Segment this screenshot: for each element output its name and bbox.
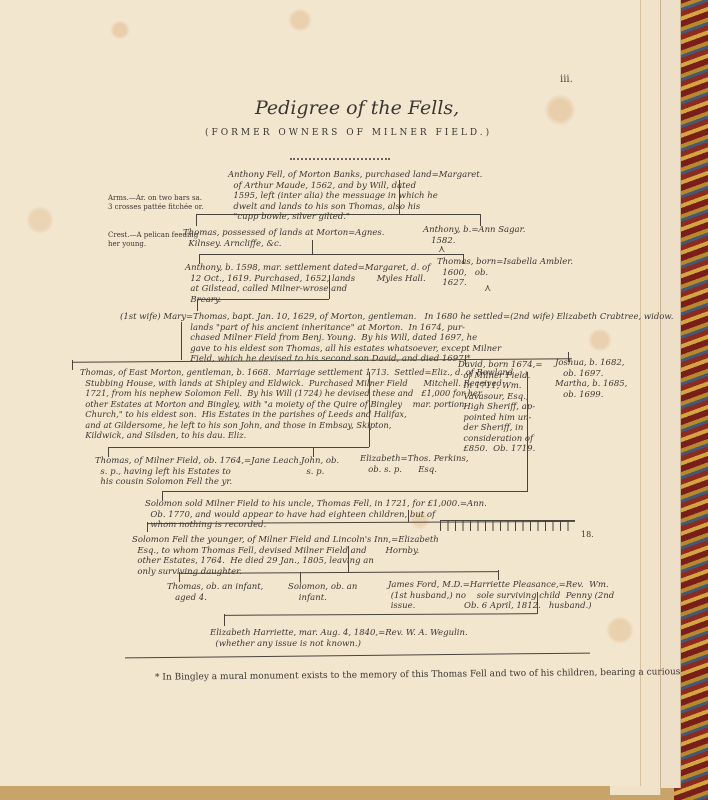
connector xyxy=(197,299,198,311)
connector xyxy=(369,372,370,447)
entry-harriette-pleasance: James Ford, M.D.=Harriette Pleasance,=Re… xyxy=(388,580,614,612)
connector xyxy=(147,522,148,532)
connector xyxy=(348,546,349,572)
connector xyxy=(498,570,499,580)
entry-john: John, ob. s. p. xyxy=(301,456,339,477)
connector xyxy=(196,214,197,226)
connector xyxy=(300,572,301,582)
connector xyxy=(537,592,538,614)
connector xyxy=(224,614,225,626)
arms-description: Arms.—Ar. on two bars sa. 3 crosses patt… xyxy=(108,177,204,265)
ornamental-rule xyxy=(290,154,390,160)
document-page: iii. Pedigree of the Fells, (FORMER OWNE… xyxy=(0,0,641,786)
footnote-rule xyxy=(125,653,590,659)
entry-joshua-martha: Joshua, b. 1682, ob. 1697. Martha, b. 16… xyxy=(555,358,627,400)
entry-thomas-milner-field: Thomas, of Milner Field, ob. 1764,=Jane … xyxy=(95,456,302,488)
connector xyxy=(527,372,528,492)
entry-thomas-1629: (1st wife) Mary=Thomas, bapt. Jan. 10, 1… xyxy=(120,312,673,365)
connector xyxy=(162,491,527,492)
connector xyxy=(329,275,330,299)
connector xyxy=(197,299,329,300)
connector xyxy=(312,240,313,254)
entry-thomas-infant: Thomas, ob. an infant, aged 4. xyxy=(167,582,263,603)
entry-solomon-younger: Solomon Fell the younger, of Milner Fiel… xyxy=(132,535,439,577)
connector xyxy=(179,572,180,582)
entry-anthony-1582: Anthony, b.=Ann Sagar. 1582. xyxy=(423,225,525,246)
entry-thomas-morton: Thomas, possessed of lands at Morton=Agn… xyxy=(183,228,384,249)
descent-mark-icon: ⋏ xyxy=(484,283,491,294)
connector xyxy=(399,180,400,214)
children-count: 18. xyxy=(581,530,594,539)
entry-thomas-east-morton: Thomas, of East Morton, gentleman, b. 16… xyxy=(80,367,513,441)
entry-elizabeth-perkins: Elizabeth=Thos. Perkins, ob. s. p. Esq. xyxy=(360,454,469,475)
connector xyxy=(72,360,73,370)
page-title: Pedigree of the Fells, xyxy=(255,97,459,119)
page-subtitle: (FORMER OWNERS OF MILNER FIELD.) xyxy=(205,128,492,138)
entry-thomas-1600: Thomas, born=Isabella Ambler. 1600, ob. … xyxy=(437,257,573,289)
page-number: iii. xyxy=(560,74,573,85)
entry-solomon-elder: Solomon sold Milner Field to his uncle, … xyxy=(145,499,487,531)
connector xyxy=(196,214,480,215)
connector xyxy=(199,254,463,255)
arms-text: Arms.—Ar. on two bars sa. 3 crosses patt… xyxy=(108,194,204,211)
connector xyxy=(181,322,182,360)
connector xyxy=(224,613,537,616)
entry-solomon-infant: Solomon, ob. an infant. xyxy=(288,582,357,603)
connector xyxy=(108,447,369,448)
connector xyxy=(408,510,409,522)
entry-elizabeth-harriette: Elizabeth Harriette, mar. Aug. 4, 1840,=… xyxy=(210,628,468,649)
entry-david-1674: David, born 1674,= of Milner Field. In 1… xyxy=(458,360,543,455)
eighteen-children-marks xyxy=(440,520,575,531)
footnote: * In Bingley a mural monument exists to … xyxy=(155,667,681,683)
